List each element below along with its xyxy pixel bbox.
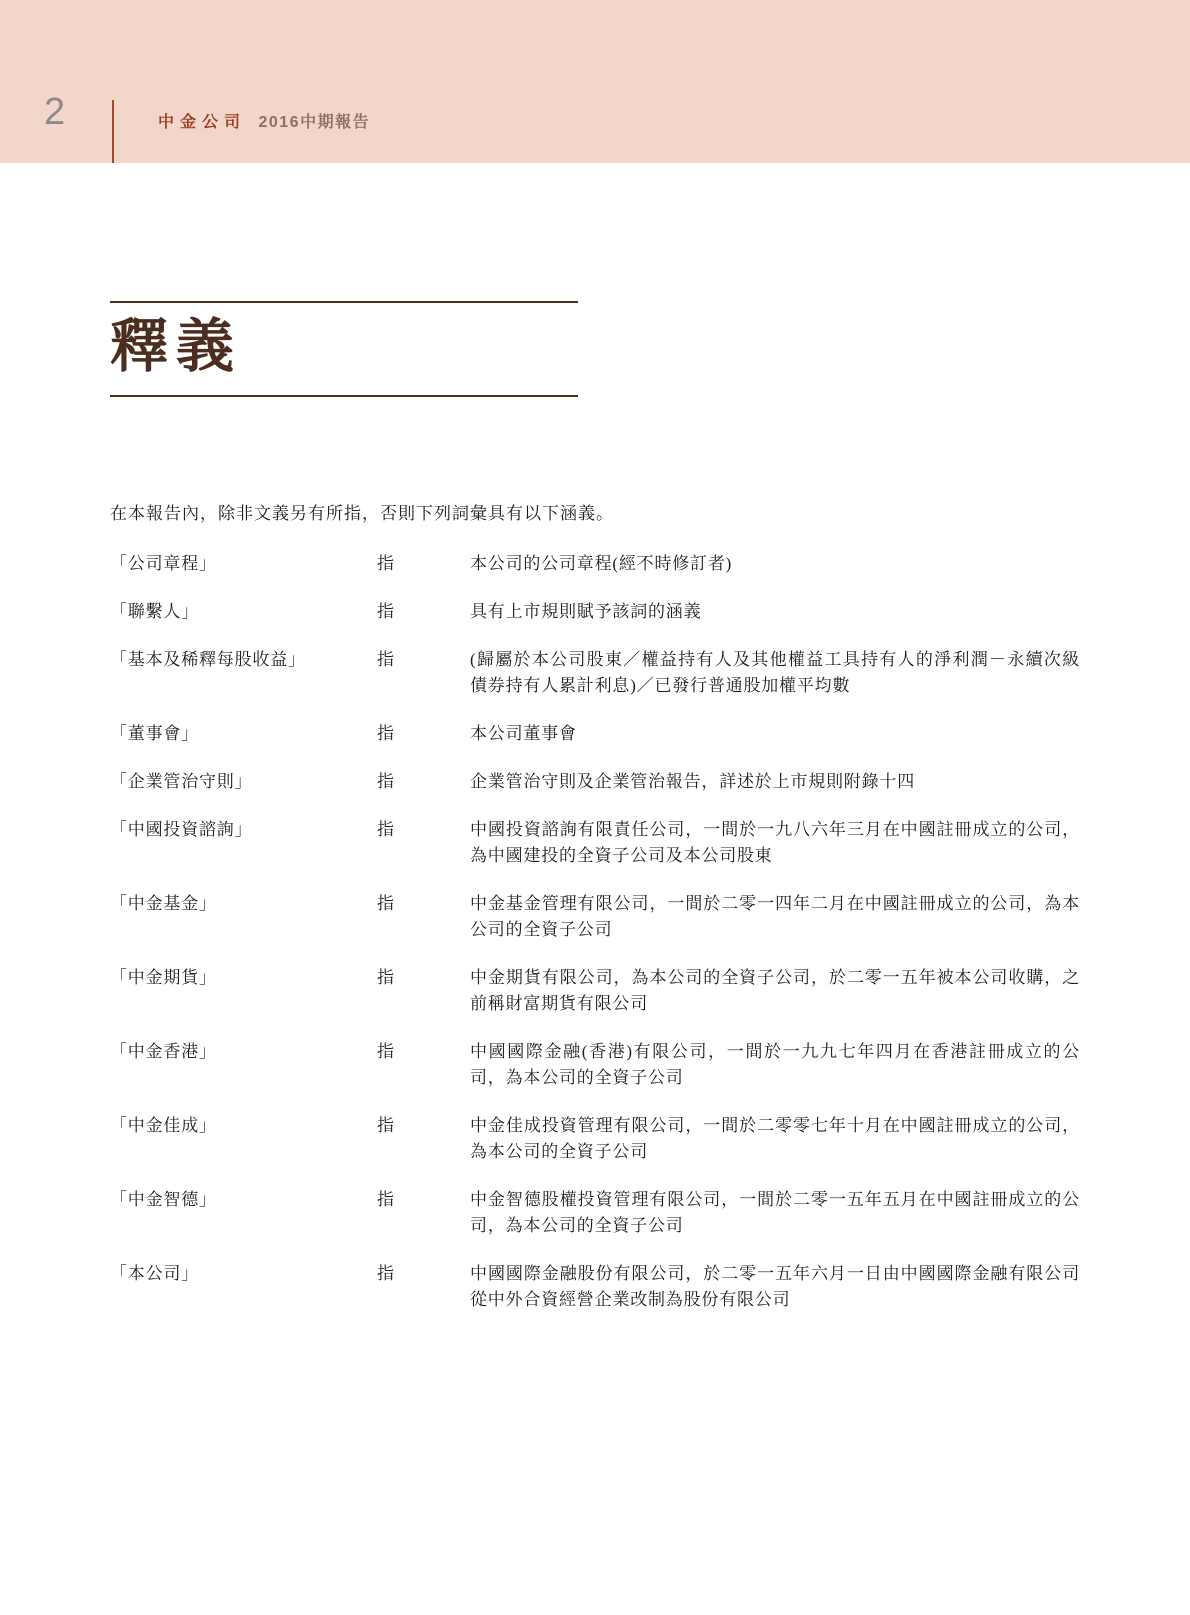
definition-term: 「聯繫人」 [110,599,377,625]
definition-means-label: 指 [377,721,470,747]
definition-row: 「中金佳成」 指 中金佳成投資管理有限公司，一間於二零零七年十月在中國註冊成立的… [110,1113,1080,1165]
definition-row: 「中國投資諮詢」 指 中國投資諮詢有限責任公司，一間於一九八六年三月在中國註冊成… [110,817,1080,869]
page-number: 2 [44,92,65,132]
definition-means-label: 指 [377,1113,470,1165]
definition-text: (歸屬於本公司股東／權益持有人及其他權益工具持有人的淨利潤－永續次級債券持有人累… [470,647,1080,699]
definition-text: 企業管治守則及企業管治報告，詳述於上市規則附錄十四 [470,769,1080,795]
definition-means-label: 指 [377,647,470,699]
definition-means-label: 指 [377,1187,470,1239]
definition-means-label: 指 [377,1039,470,1091]
definition-means-label: 指 [377,891,470,943]
definition-row: 「公司章程」 指 本公司的公司章程(經不時修訂者) [110,551,1080,577]
definition-row: 「聯繫人」 指 具有上市規則賦予該詞的涵義 [110,599,1080,625]
definition-means-label: 指 [377,817,470,869]
definition-text: 中金期貨有限公司，為本公司的全資子公司，於二零一五年被本公司收購，之前稱財富期貨… [470,965,1080,1017]
definition-text: 中國投資諮詢有限責任公司，一間於一九八六年三月在中國註冊成立的公司，為中國建投的… [470,817,1080,869]
definition-text: 中金佳成投資管理有限公司，一間於二零零七年十月在中國註冊成立的公司，為本公司的全… [470,1113,1080,1165]
definition-row: 「中金基金」 指 中金基金管理有限公司，一間於二零一四年二月在中國註冊成立的公司… [110,891,1080,943]
page-content: 釋義 在本報告內，除非文義另有所指，否則下列詞彙具有以下涵義。 「公司章程」 指… [110,301,1080,1313]
definitions-list: 「公司章程」 指 本公司的公司章程(經不時修訂者) 「聯繫人」 指 具有上市規則… [110,551,1080,1313]
definition-row: 「中金香港」 指 中國國際金融(香港)有限公司，一間於一九九七年四月在香港註冊成… [110,1039,1080,1091]
page-header-band: 2 中金公司 2016中期報告 [0,0,1190,163]
definition-term: 「公司章程」 [110,551,377,577]
definition-means-label: 指 [377,769,470,795]
definition-term: 「中金智德」 [110,1187,377,1239]
definition-term: 「中金佳成」 [110,1113,377,1165]
definition-text: 中金基金管理有限公司，一間於二零一四年二月在中國註冊成立的公司，為本公司的全資子… [470,891,1080,943]
company-name: 中金公司 [158,114,246,131]
definition-term: 「中金期貨」 [110,965,377,1017]
definition-text: 中國國際金融股份有限公司，於二零一五年六月一日由中國國際金融有限公司從中外合資經… [470,1261,1080,1313]
definition-term: 「基本及稀釋每股收益」 [110,647,377,699]
intro-paragraph: 在本報告內，除非文義另有所指，否則下列詞彙具有以下涵義。 [110,501,1080,527]
definition-text: 本公司的公司章程(經不時修訂者) [470,551,1080,577]
definition-means-label: 指 [377,599,470,625]
definition-text: 本公司董事會 [470,721,1080,747]
definition-row: 「董事會」 指 本公司董事會 [110,721,1080,747]
definition-term: 「中金基金」 [110,891,377,943]
page-title: 釋義 [110,303,578,395]
definition-term: 「企業管治守則」 [110,769,377,795]
definition-term: 「中金香港」 [110,1039,377,1091]
definition-text: 中國國際金融(香港)有限公司，一間於一九九七年四月在香港註冊成立的公司，為本公司… [470,1039,1080,1091]
definition-term: 「本公司」 [110,1261,377,1313]
definition-row: 「基本及稀釋每股收益」 指 (歸屬於本公司股東／權益持有人及其他權益工具持有人的… [110,647,1080,699]
definition-text: 中金智德股權投資管理有限公司，一間於二零一五年五月在中國註冊成立的公司，為本公司… [470,1187,1080,1239]
definition-term: 「董事會」 [110,721,377,747]
header-divider-line [112,100,114,163]
section-title-block: 釋義 [110,301,578,397]
definition-row: 「中金期貨」 指 中金期貨有限公司，為本公司的全資子公司，於二零一五年被本公司收… [110,965,1080,1017]
definition-means-label: 指 [377,965,470,1017]
definition-means-label: 指 [377,1261,470,1313]
report-name: 2016中期報告 [258,114,370,131]
definition-means-label: 指 [377,551,470,577]
definition-row: 「中金智德」 指 中金智德股權投資管理有限公司，一間於二零一五年五月在中國註冊成… [110,1187,1080,1239]
definition-row: 「企業管治守則」 指 企業管治守則及企業管治報告，詳述於上市規則附錄十四 [110,769,1080,795]
definition-row: 「本公司」 指 中國國際金融股份有限公司，於二零一五年六月一日由中國國際金融有限… [110,1261,1080,1313]
header-title: 中金公司 2016中期報告 [158,112,370,134]
definition-term: 「中國投資諮詢」 [110,817,377,869]
definition-text: 具有上市規則賦予該詞的涵義 [470,599,1080,625]
